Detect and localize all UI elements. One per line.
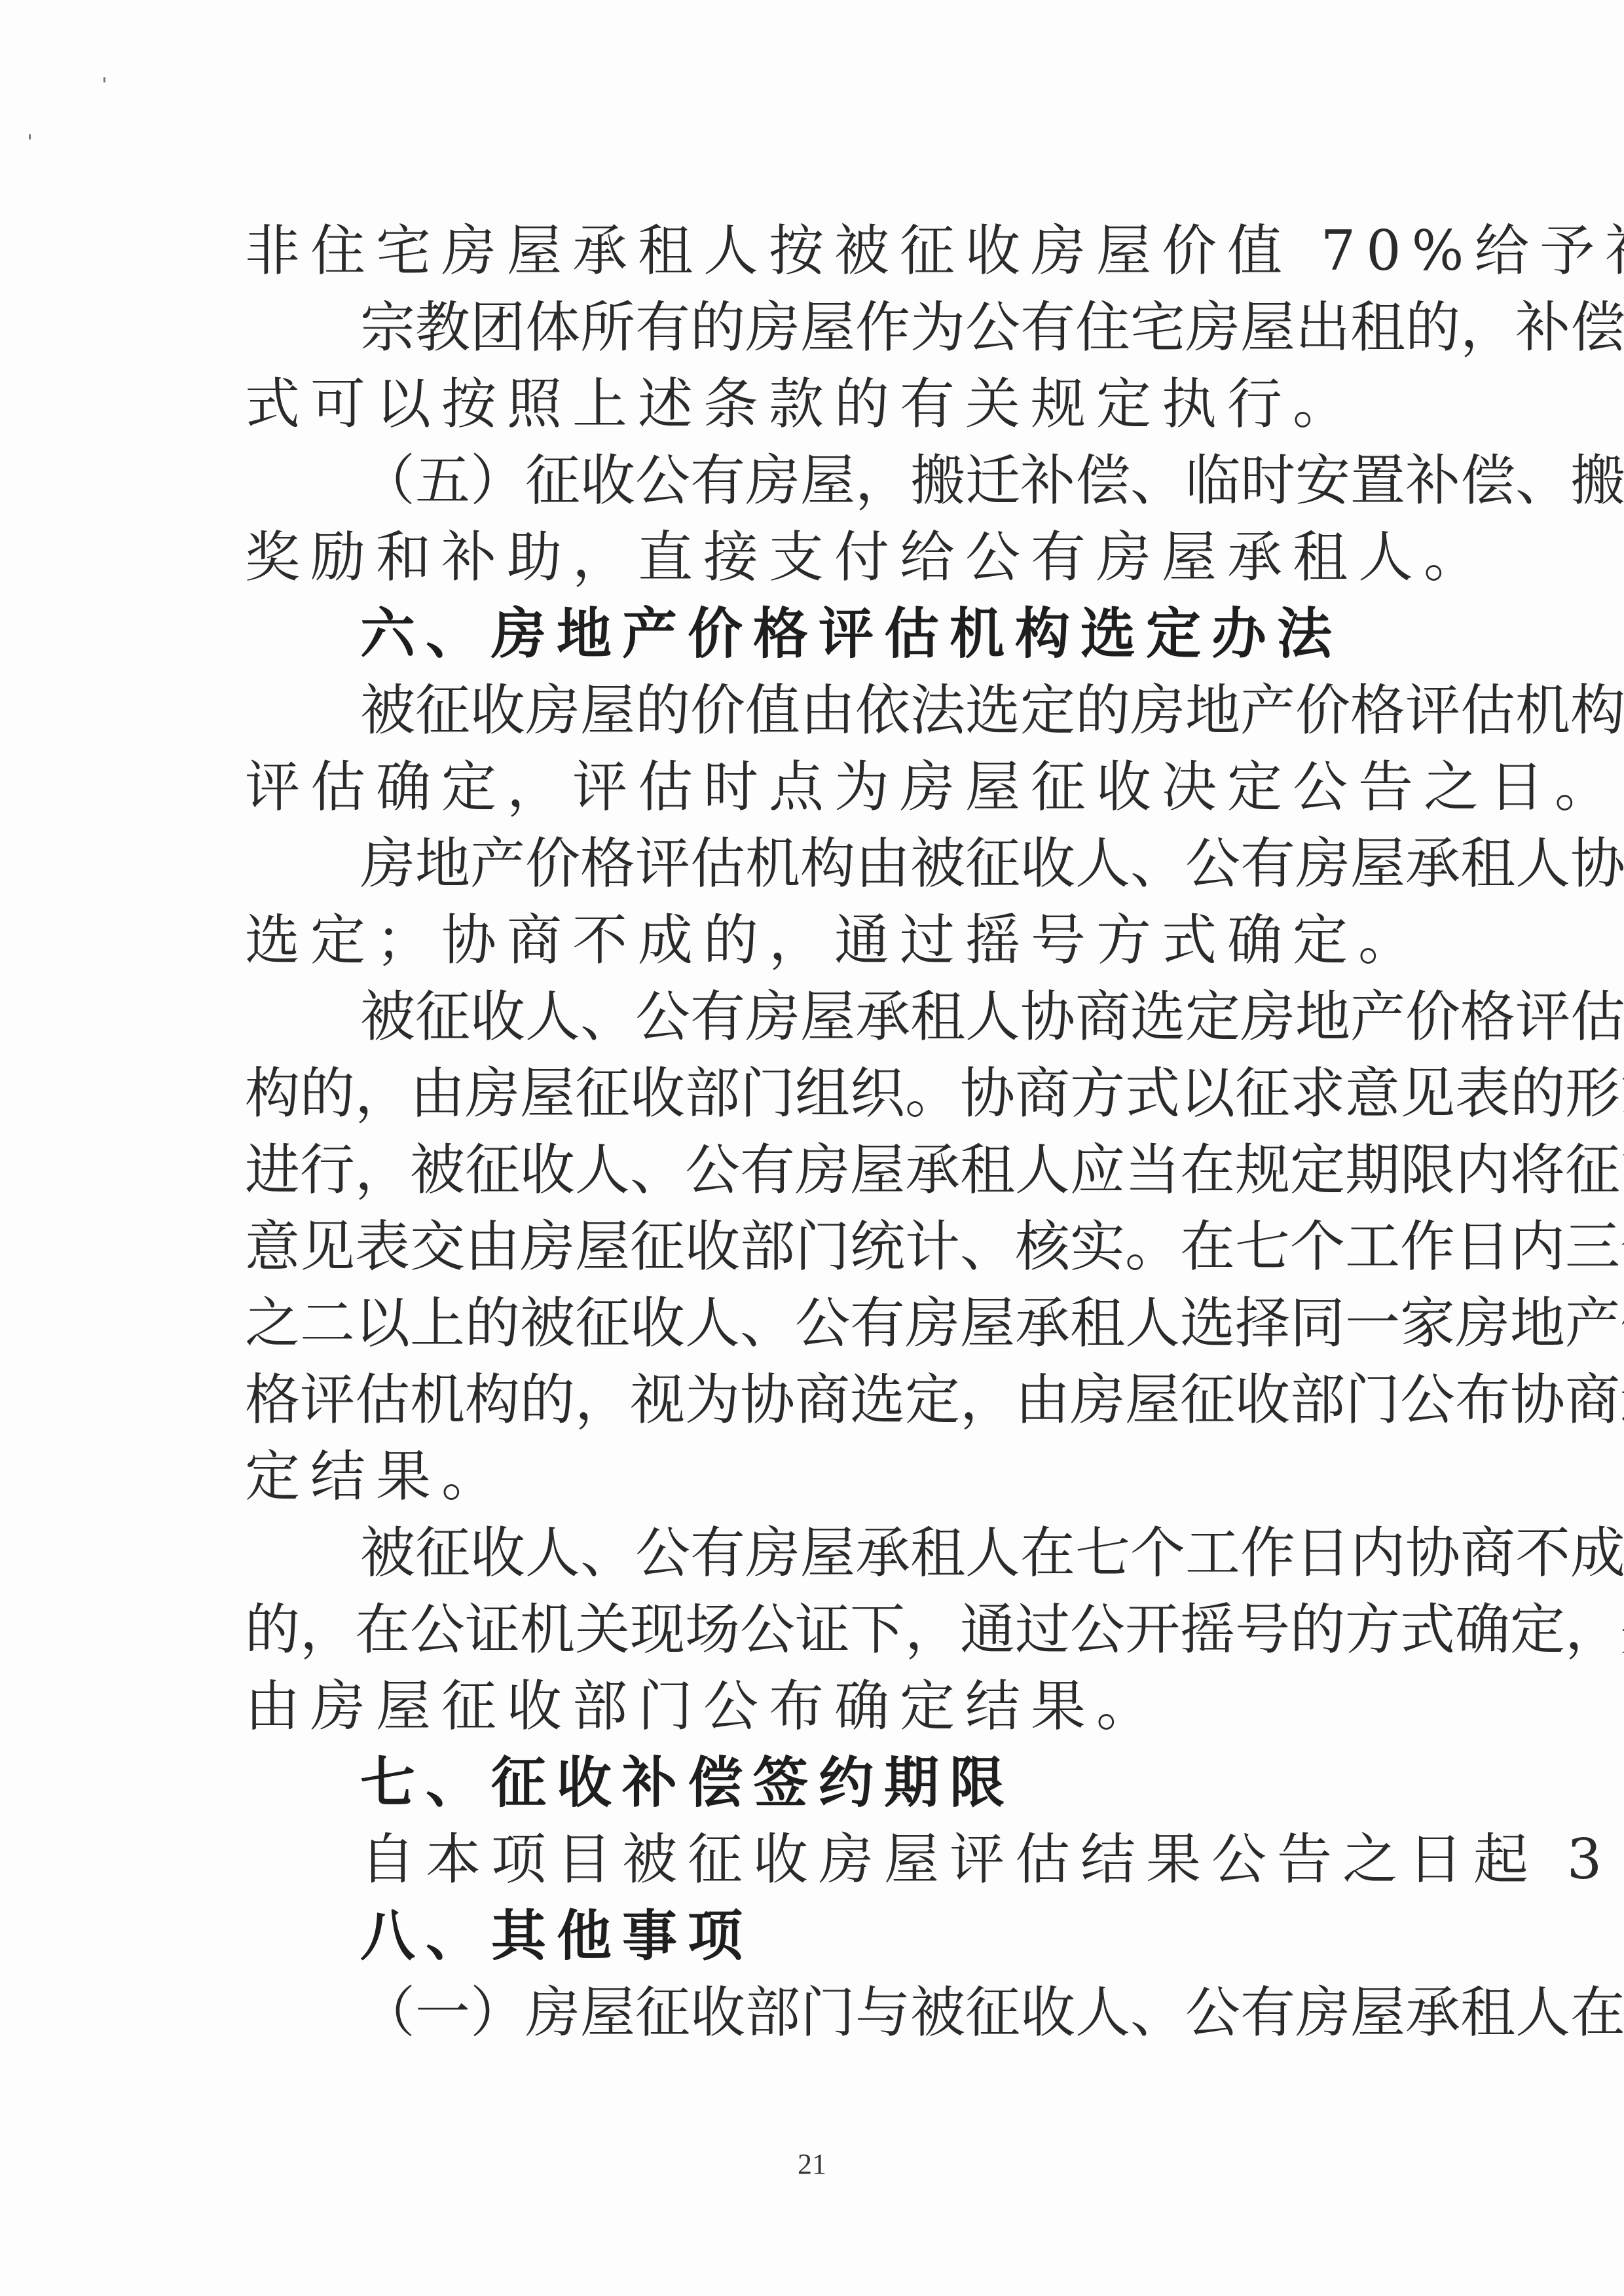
- text-line: 格评估机构的，视为协商选定，由房屋征收部门公布协商选: [245, 1362, 1384, 1438]
- text-line: 被征收人、公有房屋承租人在七个工作日内协商不成: [245, 1515, 1384, 1592]
- text-line: 奖励和补助，直接支付给公有房屋承租人。: [245, 519, 1384, 596]
- text-line: 定结果。: [245, 1438, 1384, 1515]
- text-line: 由房屋征收部门公布确定结果。: [245, 1668, 1384, 1745]
- scan-speck: [29, 134, 31, 139]
- text-line: 构的，由房屋征收部门组织。协商方式以征求意见表的形式: [245, 1055, 1384, 1132]
- document-body: 非住宅房屋承租人按被征收房屋价值 70%给予补偿。宗教团体所有的房屋作为公有住宅…: [245, 213, 1384, 2051]
- page-number: 21: [0, 2147, 1624, 2181]
- text-line: 选定；协商不成的，通过摇号方式确定。: [245, 902, 1384, 979]
- text-line: 宗教团体所有的房屋作为公有住宅房屋出租的，补偿方: [245, 289, 1384, 366]
- section-heading: 七、征收补偿签约期限: [245, 1745, 1384, 1821]
- section-heading: 六、房地产价格评估机构选定办法: [245, 596, 1384, 672]
- text-line: （五）征收公有房屋，搬迁补偿、临时安置补偿、搬迁: [245, 443, 1384, 519]
- text-line: 之二以上的被征收人、公有房屋承租人选择同一家房地产价: [245, 1285, 1384, 1362]
- text-line: 被征收人、公有房屋承租人协商选定房地产价格评估机: [245, 979, 1384, 1055]
- section-heading: 八、其他事项: [245, 1898, 1384, 1975]
- document-page: 非住宅房屋承租人按被征收房屋价值 70%给予补偿。宗教团体所有的房屋作为公有住宅…: [0, 0, 1624, 2296]
- text-line: （一）房屋征收部门与被征收人、公有房屋承租人在征: [245, 1975, 1384, 2051]
- text-line: 评估确定，评估时点为房屋征收决定公告之日。: [245, 749, 1384, 826]
- text-line: 被征收房屋的价值由依法选定的房地产价格评估机构: [245, 672, 1384, 749]
- scan-speck: [103, 77, 105, 82]
- text-line: 房地产价格评估机构由被征收人、公有房屋承租人协商: [245, 826, 1384, 902]
- text-line: 意见表交由房屋征收部门统计、核实。在七个工作日内三分: [245, 1209, 1384, 1285]
- text-line: 非住宅房屋承租人按被征收房屋价值 70%给予补偿。: [245, 213, 1384, 289]
- text-line: 自本项目被征收房屋评估结果公告之日起 3 个月。: [245, 1821, 1384, 1898]
- text-line: 进行，被征收人、公有房屋承租人应当在规定期限内将征求: [245, 1132, 1384, 1209]
- text-line: 式可以按照上述条款的有关规定执行。: [245, 366, 1384, 443]
- text-line: 的，在公证机关现场公证下，通过公开摇号的方式确定，并: [245, 1592, 1384, 1668]
